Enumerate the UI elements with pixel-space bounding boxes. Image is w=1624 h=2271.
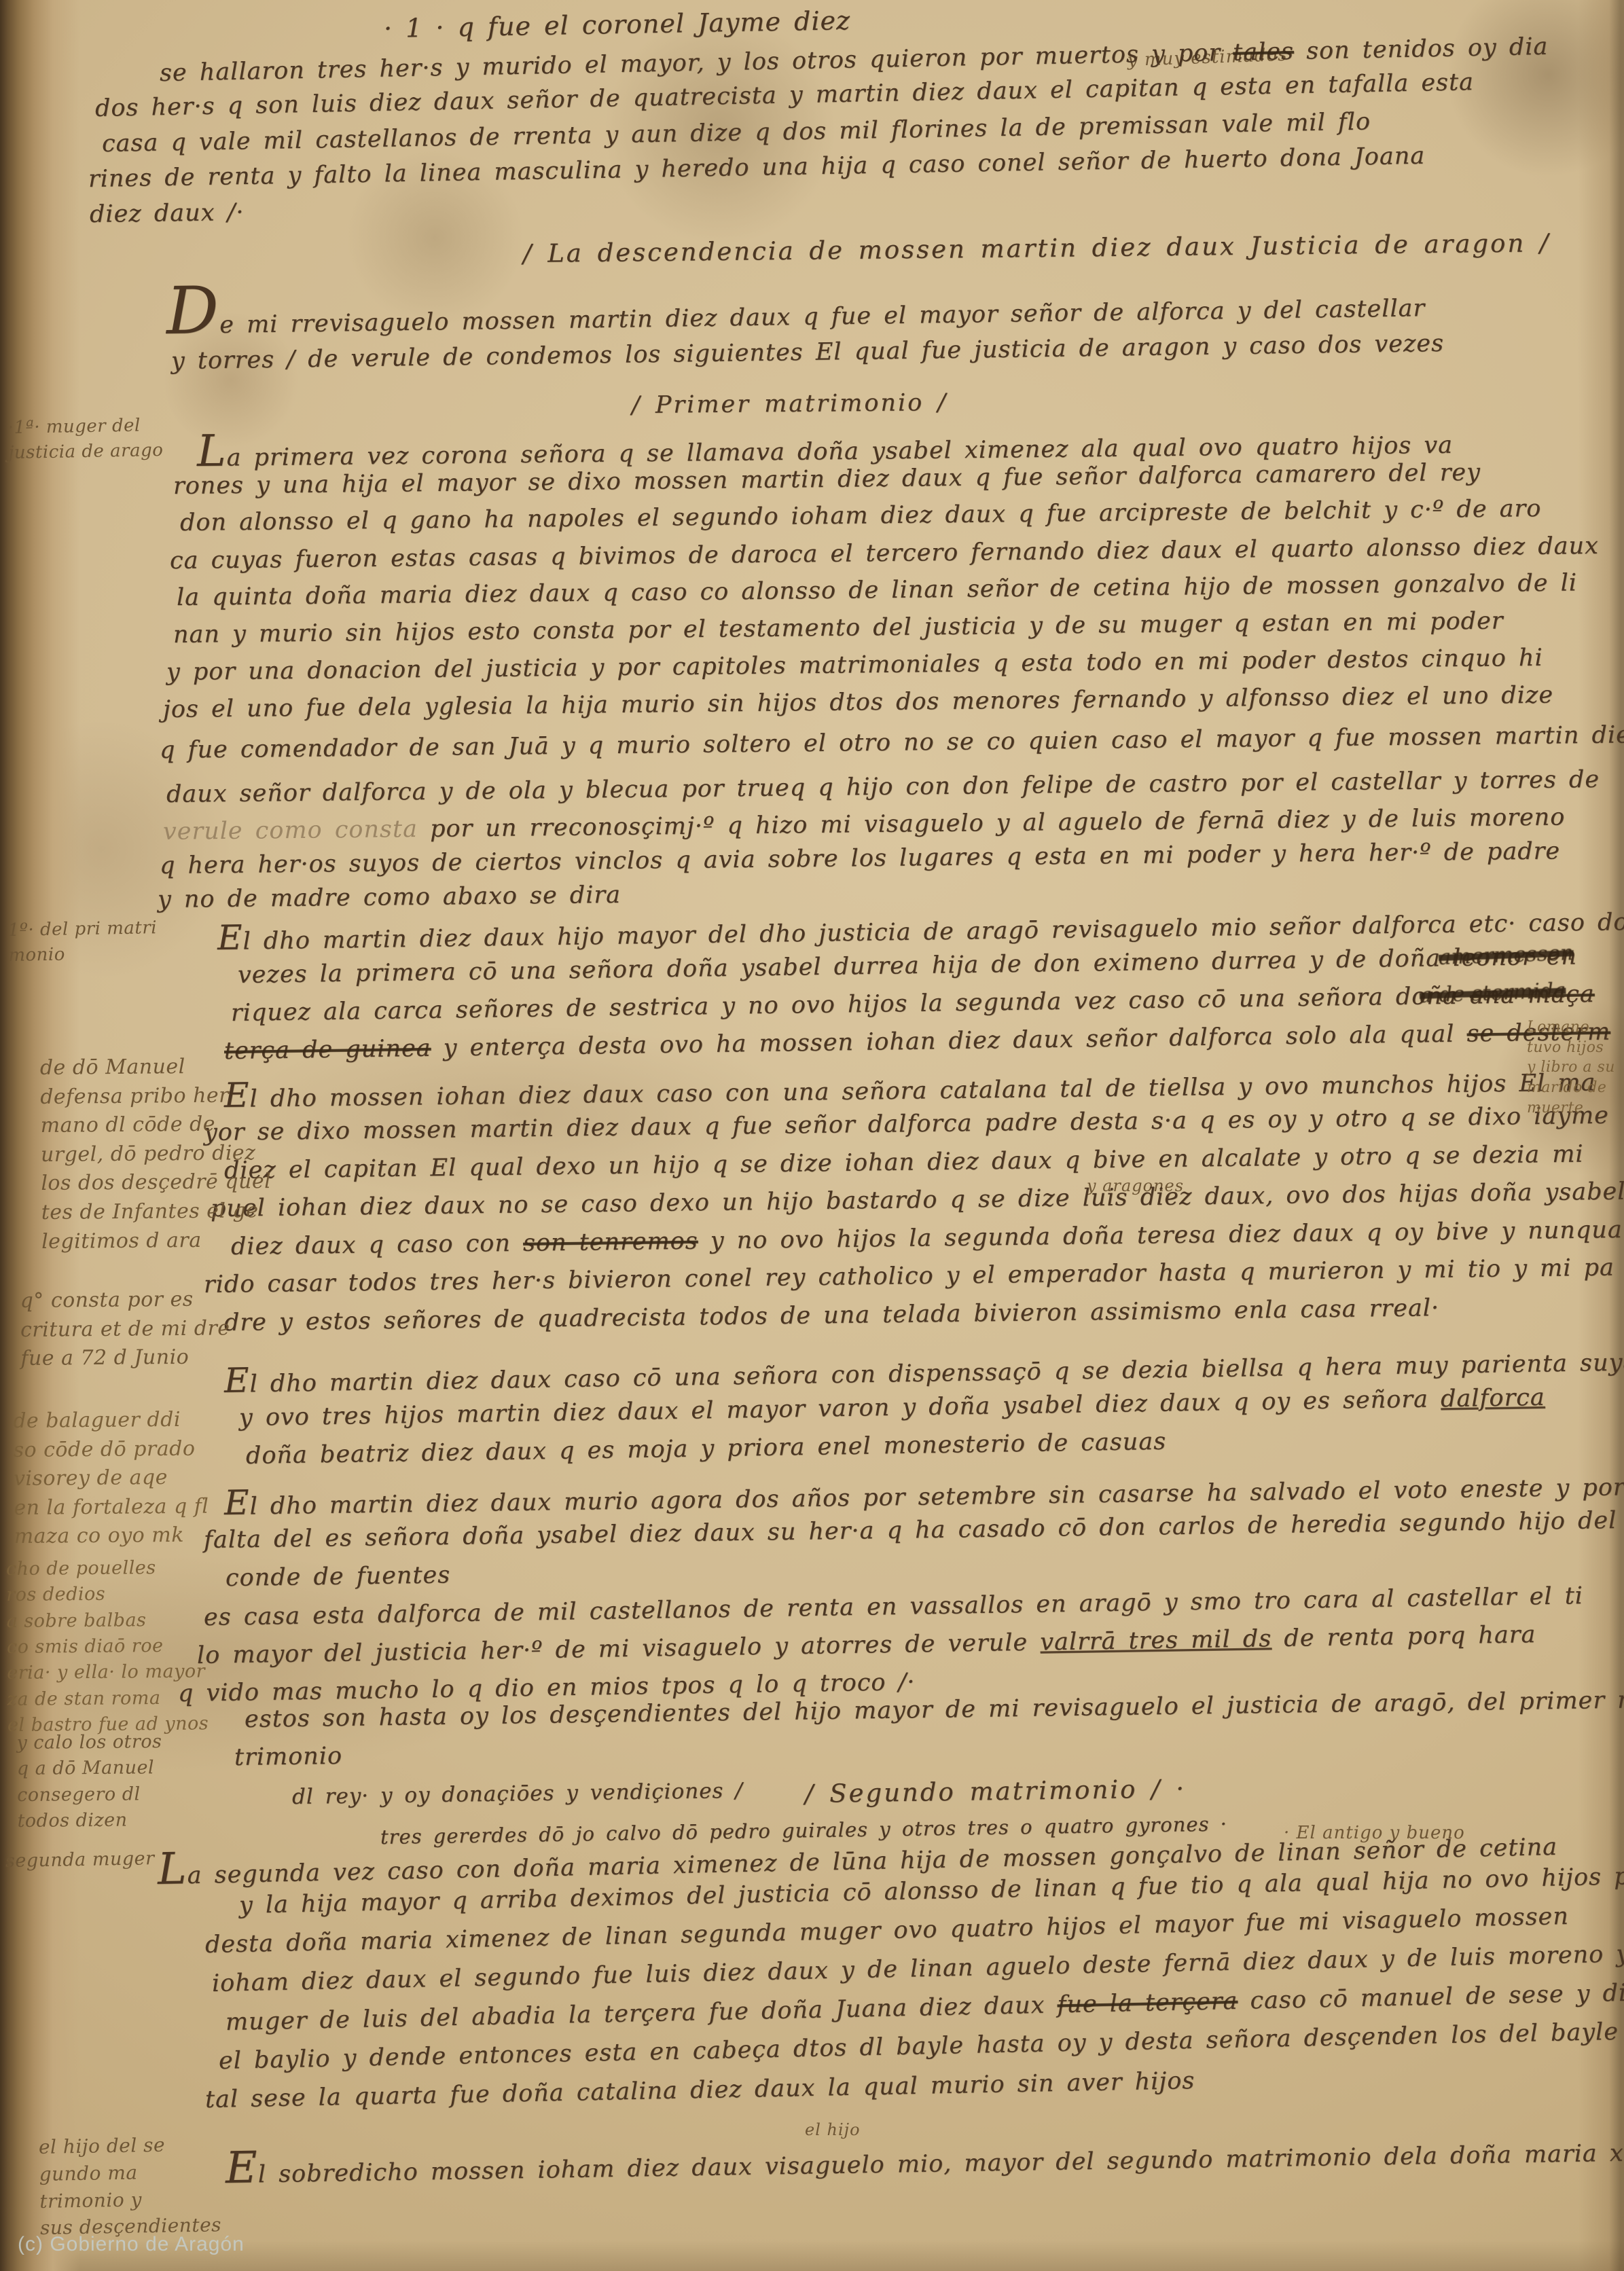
segundo-line-5-strike: fue la terçera (1057, 1988, 1238, 2019)
martincaso-line-3-pre: riquez ala carca señores de sestrica y n… (231, 983, 1470, 1027)
manuscript-page: · 1 · q fue el coronel Jayme diez y muy … (0, 0, 1624, 2271)
margin-note-don-manuel: de dō Manuel defensa pribo her mano dl c… (40, 1052, 272, 1256)
joham-line-4: puel iohan diez daux no se caso dexo un … (211, 1178, 1624, 1222)
martincaso-line-4-mid: y enterça desta ovo ha mossen iohan diez… (431, 1020, 1467, 1061)
top-caption: · 1 · q fue el coronel Jayme diez (384, 5, 851, 43)
biellsa-line-3: doña beatriz diez daux q es moja y prior… (246, 1428, 1167, 1470)
joham-line-3: diez el capitan El qual dexo un hijo q s… (224, 1141, 1584, 1184)
primer-line-8: jos el uno fue dela yglesia la hija muri… (163, 682, 1553, 723)
copyright-watermark: (c) Gobierno de Aragón (18, 2233, 245, 2256)
renta-line-2-post: de renta porq hara (1271, 1621, 1536, 1652)
primer-line-9: q fue comendador de san Juā y q murio so… (160, 721, 1624, 764)
scribble-crossed-out-2: a de stermida (1419, 978, 1566, 1008)
margin-note-consta-escritura: q° consta por es critura et de mi dre fu… (20, 1285, 230, 1373)
primer-line-12: q hera her·os suyos de ciertos vinclos q… (160, 837, 1560, 879)
primer-line-5: la quinta doña maria diez daux q caso co… (177, 569, 1577, 611)
margin-note-right-lomano: Lomano tuvo hijos y libro a su marido de… (1527, 1017, 1615, 1118)
page-right-edge (1576, 0, 1624, 2271)
intro-line-1-strike: tales (1233, 38, 1295, 67)
segundo-line-7: tal sese la quarta fue doña catalina die… (205, 2067, 1195, 2113)
margin-note-pouelles: cho de pouelles ros dedios a sobre balba… (6, 1555, 209, 1739)
primer-line-3: don alonsso el q gano ha napoles el segu… (180, 495, 1542, 537)
segundo-line-5-post: caso cō manuel de sese y diole (1238, 1979, 1624, 2015)
joham-line-5-post: y no ovo hijos la segunda doña teresa di… (698, 1215, 1624, 1255)
martincaso-line-3: riquez ala carca señores de sestrica y n… (231, 981, 1595, 1027)
intro-line-1-post: son tenidos oy dia (1294, 33, 1549, 65)
renta-line-2: lo mayor del justicia her·º de mi visagu… (197, 1621, 1536, 1669)
margin-note-segunda-muger: segunda muger (5, 1846, 155, 1874)
demi-line-1: De mi rrevisaguelo mossen martin diez da… (166, 271, 1425, 340)
primer-line-11-rest: por un rreconosçimj·º q hizo mi visaguel… (418, 803, 1566, 843)
margin-note-hijo-segundo: el hijo del se gundo ma trimonio y sus d… (39, 2130, 222, 2242)
murio-line-3: conde de fuentes (225, 1561, 451, 1592)
heading-segundo-matrimonio: / Segundo matrimonio / · (805, 1774, 1187, 1809)
margin-note-balaguer: de balaguer ddi so cōde dō prado visorey… (13, 1405, 209, 1551)
margin-note-primera-muger: ·1ª· muger del justicia de arago (7, 413, 163, 466)
primer-line-6: nan y murio sin hijos esto consta por el… (173, 607, 1504, 649)
intro-line-5: diez daux /· (90, 199, 245, 228)
primer-line-11-faded: verule como consta (163, 816, 418, 846)
primer-line-4: ca cuyas fueron estas casas q bivimos de… (170, 532, 1599, 575)
biellsa-line-2-underlined: dalforca (1441, 1384, 1545, 1413)
primer-line-7: y por una donacion del justicia y por ca… (166, 644, 1543, 686)
margin-note-primer-matrimonio: 1º· del pri matri monio (7, 915, 158, 968)
final-line-1: El sobredicho mossen ioham diez daux vis… (225, 2128, 1624, 2189)
margin-note-consegero: y calo los otros q a dō Manuel consegero… (16, 1729, 162, 1834)
scribble-crossed-out-1: amermessen (1438, 941, 1574, 970)
joham-line-7: dre y estos señores de quadrecista todos… (224, 1294, 1440, 1337)
renta-line-2-pre: lo mayor del justicia her·º de mi visagu… (197, 1629, 1041, 1669)
heading-descendencia: / La descendencia de mossen martin diez … (523, 228, 1551, 268)
martincaso-line-4: terça de guinea y enterça desta ovo ha m… (224, 1019, 1611, 1065)
primer-line-10: daux señor dalforca y de ola y blecua po… (166, 766, 1600, 808)
renta-line-2-underlined: valrrā tres mil ds (1040, 1625, 1272, 1656)
final-interlinear-note: el hijo (805, 2120, 861, 2139)
cierre-line-2: trimonio (234, 1743, 343, 1771)
heading-primer-matrimonio: / Primer matrimonio / (632, 389, 948, 419)
joham-line-6: rido casar todos tres her·s bivieron con… (204, 1254, 1614, 1298)
primer-line-13: y no de madre como abaxo se dira (158, 882, 621, 913)
segundo-line-5-pre: muger de luis del abadia la terçera fue … (225, 1991, 1058, 2036)
joham-line-5: diez daux q caso con son tenremos y no o… (231, 1215, 1624, 1260)
joham-line-5-pre: diez daux q caso con (231, 1230, 524, 1260)
donaciones-line: dl rey· y oy donaçiōes y vendiçiones / (292, 1779, 743, 1809)
joham-line-5-strike: son tenremos (523, 1228, 698, 1257)
